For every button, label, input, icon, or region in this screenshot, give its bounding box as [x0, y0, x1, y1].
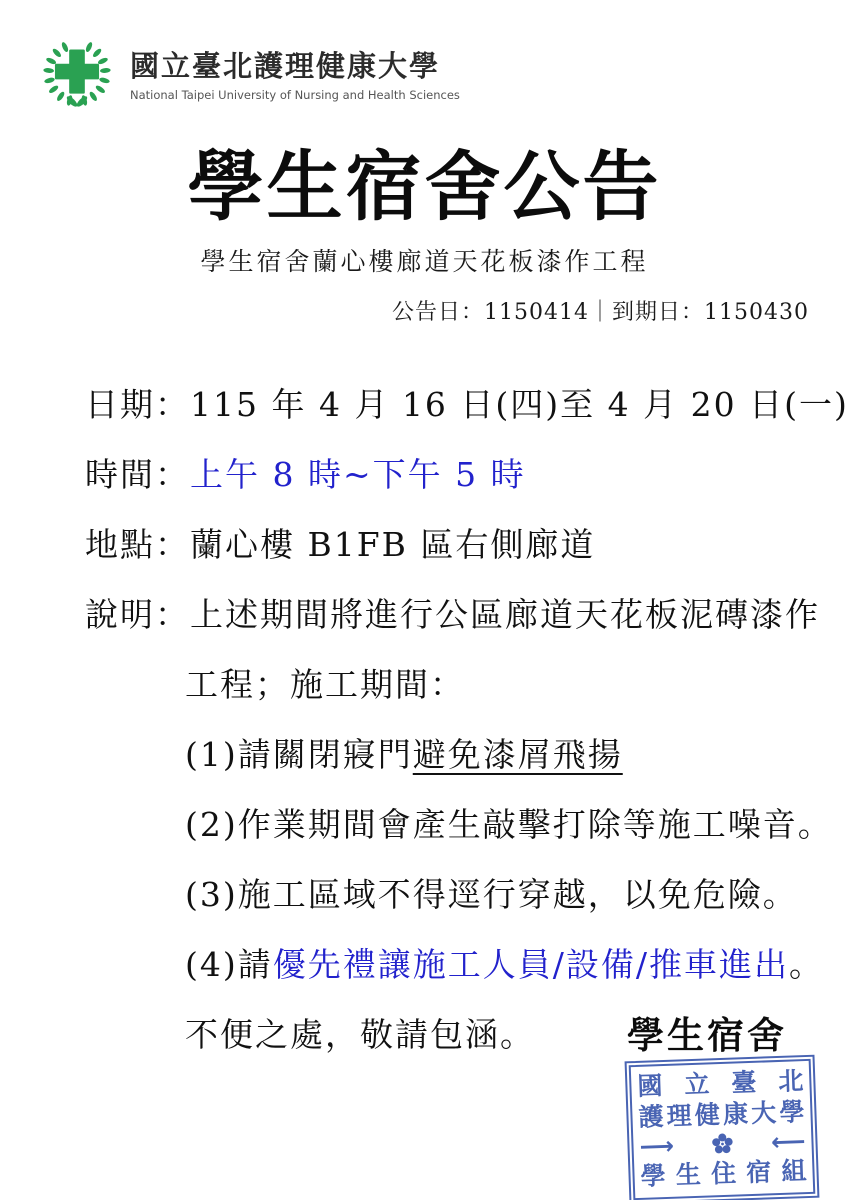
- item4-prefix: (4)請: [185, 945, 273, 984]
- description-line-2: 工程；施工期間：: [85, 650, 819, 720]
- location-label: 地點：: [85, 525, 190, 564]
- date-line: 日期：115 年 4 月 16 日(四)至 4 月 20 日(一): [85, 370, 819, 440]
- date-label: 日期：: [85, 385, 190, 424]
- closing-text: 不便之處，敬請包涵。: [185, 1015, 535, 1054]
- notice-item-1: (1)請關閉寢門避免漆屑飛揚: [85, 720, 819, 790]
- page-subtitle: 學生宿舍蘭心樓廊道天花板漆作工程: [0, 242, 849, 278]
- office-stamp: 國立臺北 護理健康大學 ⟶ ⟵ 學生住宿組: [625, 1055, 820, 1200]
- item1-underlined-text: 避免漆屑飛揚: [413, 735, 623, 774]
- stamp-row-4: 學生住宿組: [640, 1155, 807, 1192]
- university-name-zh: 國立臺北護理健康大學: [130, 44, 460, 85]
- expire-date-value: 1150430: [704, 300, 809, 325]
- notice-item-3: (3)施工區域不得逕行穿越，以免危險。: [85, 860, 819, 930]
- announcement-dates: 公告日：1150414｜到期日：1150430: [392, 295, 809, 326]
- university-header: 國立臺北護理健康大學 National Taipei University of…: [36, 36, 460, 110]
- item1-prefix: (1)請關閉寢門: [185, 735, 413, 774]
- meta-divider: ｜: [589, 300, 612, 325]
- page-title: 學生宿舍公告: [0, 126, 849, 235]
- university-name-en: National Taipei University of Nursing an…: [130, 88, 460, 102]
- time-value: 上午 8 時~下午 5 時: [190, 455, 526, 494]
- plum-blossom-icon: [710, 1132, 735, 1157]
- announcement-body: 日期：115 年 4 月 16 日(四)至 4 月 20 日(一) 時間：上午 …: [85, 370, 819, 1070]
- location-line: 地點：蘭心樓 B1FB 區右側廊道: [85, 510, 819, 580]
- announce-date-label: 公告日：: [392, 300, 484, 325]
- expire-date-label: 到期日：: [612, 300, 704, 325]
- announcement-page: 國立臺北護理健康大學 National Taipei University of…: [0, 0, 849, 1200]
- university-logo-green-cross-wreath-icon: [36, 36, 118, 110]
- time-line: 時間：上午 8 時~下午 5 時: [85, 440, 819, 510]
- time-label: 時間：: [85, 455, 190, 494]
- location-value: 蘭心樓 B1FB 區右側廊道: [190, 525, 595, 564]
- university-name-block: 國立臺北護理健康大學 National Taipei University of…: [130, 44, 460, 102]
- office-stamp-inner-border: 國立臺北 護理健康大學 ⟶ ⟵ 學生住宿組: [629, 1059, 816, 1200]
- item4-suffix: 。: [789, 945, 824, 984]
- announce-date-value: 1150414: [484, 300, 589, 325]
- item4-highlight: 優先禮讓施工人員/設備/推車進出: [273, 945, 789, 984]
- description-label: 說明：: [85, 595, 190, 634]
- notice-item-2: (2)作業期間會產生敲擊打除等施工噪音。: [85, 790, 819, 860]
- notice-item-4: (4)請優先禮讓施工人員/設備/推車進出。: [85, 930, 819, 1000]
- right-arrow-icon: ⟶: [639, 1132, 674, 1161]
- left-arrow-icon: ⟵: [771, 1127, 806, 1156]
- description-text-1: 上述期間將進行公區廊道天花板泥磚漆作: [190, 595, 820, 634]
- date-value: 115 年 4 月 16 日(四)至 4 月 20 日(一): [190, 385, 849, 424]
- description-line-1: 說明：上述期間將進行公區廊道天花板泥磚漆作: [85, 580, 819, 650]
